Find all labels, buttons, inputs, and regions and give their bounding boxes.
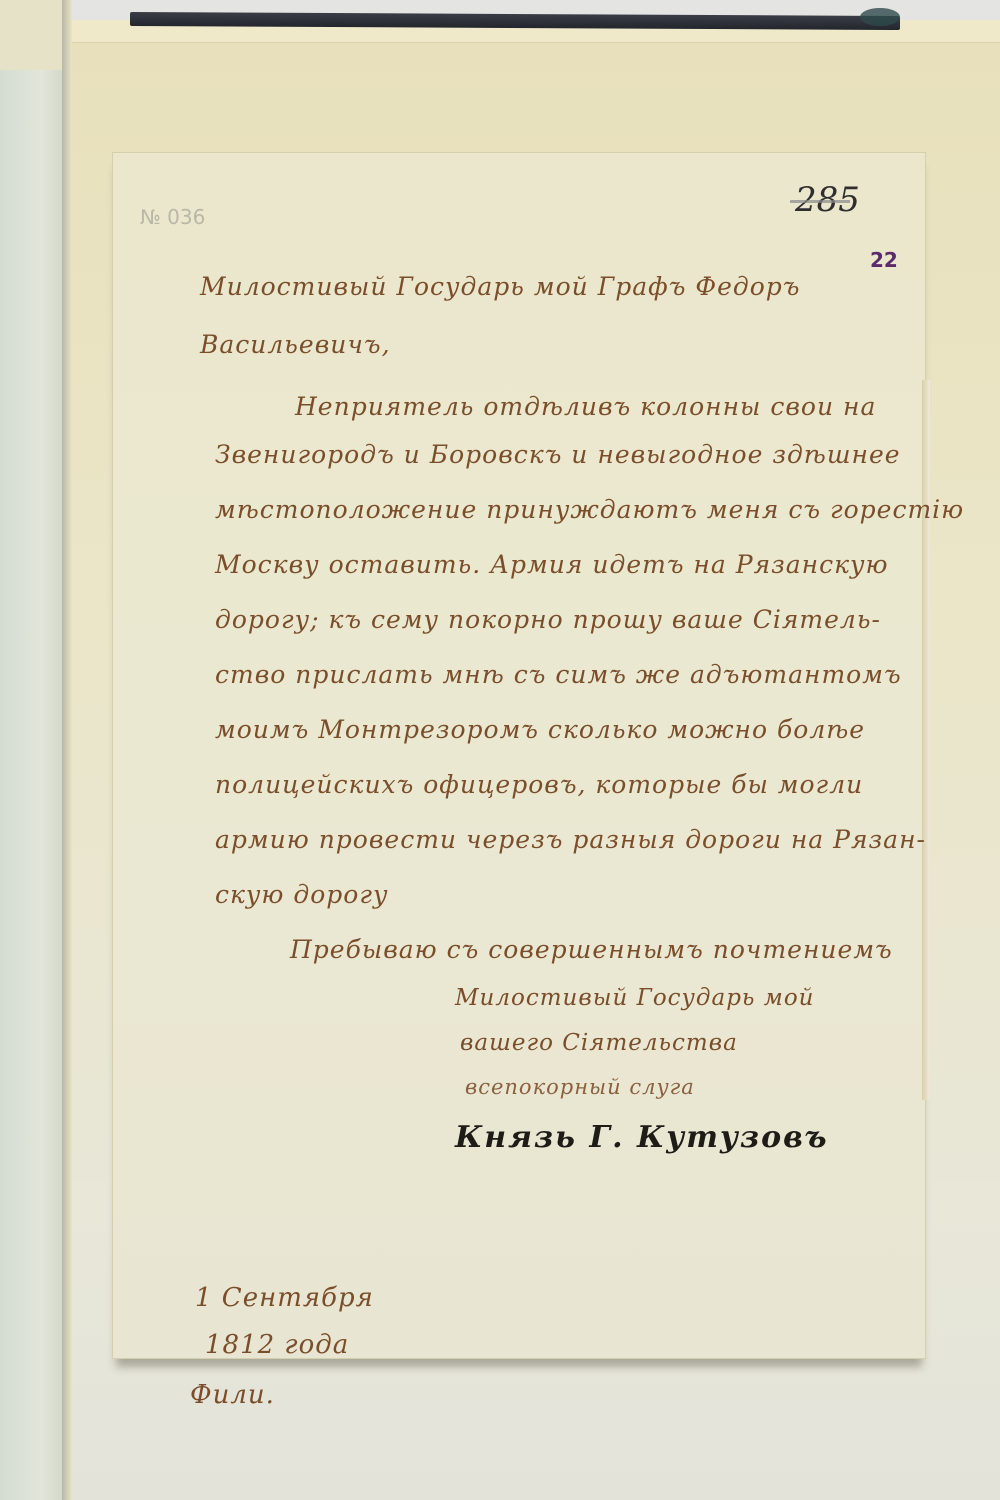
closing-line: Пребываю съ совершеннымъ почтениемъ [290, 935, 893, 964]
body-line-5: дорогу; къ сему покорно прошу ваше Сiяте… [215, 605, 881, 634]
left-page-stack [0, 0, 70, 1500]
body-line-4: Москву оставить. Армия идетъ на Рязанску… [215, 550, 889, 579]
body-line-8: полицейскихъ офицеровъ, которые бы могли [215, 770, 863, 799]
left-page-shadow [62, 0, 72, 1500]
date-line-2: 1812 года [205, 1322, 349, 1368]
salutation-line-2: Васильевичъ, [200, 330, 391, 359]
folio-underline [790, 200, 850, 203]
date-line-1: 1 Сентября [195, 1275, 374, 1321]
binding-fray [860, 8, 900, 26]
complimentary-close-3: всепокорный слуга [465, 1075, 695, 1099]
body-line-7: моимъ Монтрезоромъ сколько можно болѣе [215, 715, 865, 744]
complimentary-close-1: Милостивый Государь мой [455, 985, 814, 1011]
stamp-number: 22 [870, 248, 898, 272]
archive-number: № 036 [140, 205, 205, 229]
left-page-corner [0, 0, 70, 70]
body-line-9: армию провести черезъ разныя дороги на Р… [215, 825, 926, 854]
signature: Князь Г. Кутузовъ [455, 1120, 829, 1155]
complimentary-close-2: вашего Сiятельства [460, 1030, 738, 1056]
body-line-1: Неприятель отдѣливъ колонны свои на [295, 392, 876, 421]
body-line-10: скую дорогу [215, 880, 388, 909]
body-line-2: Звенигородъ и Боровскъ и невыгодное здѣш… [215, 440, 901, 469]
body-line-3: мѣстоположение принуждаютъ меня съ горес… [215, 495, 964, 524]
body-line-6: ство прислать мнѣ съ симъ же адъютантомъ [215, 660, 902, 689]
place-line: Фили. [190, 1372, 275, 1418]
salutation-line-1: Милостивый Государь мой Графъ Федоръ [200, 272, 800, 301]
sheet-torn-edge [922, 380, 930, 1100]
